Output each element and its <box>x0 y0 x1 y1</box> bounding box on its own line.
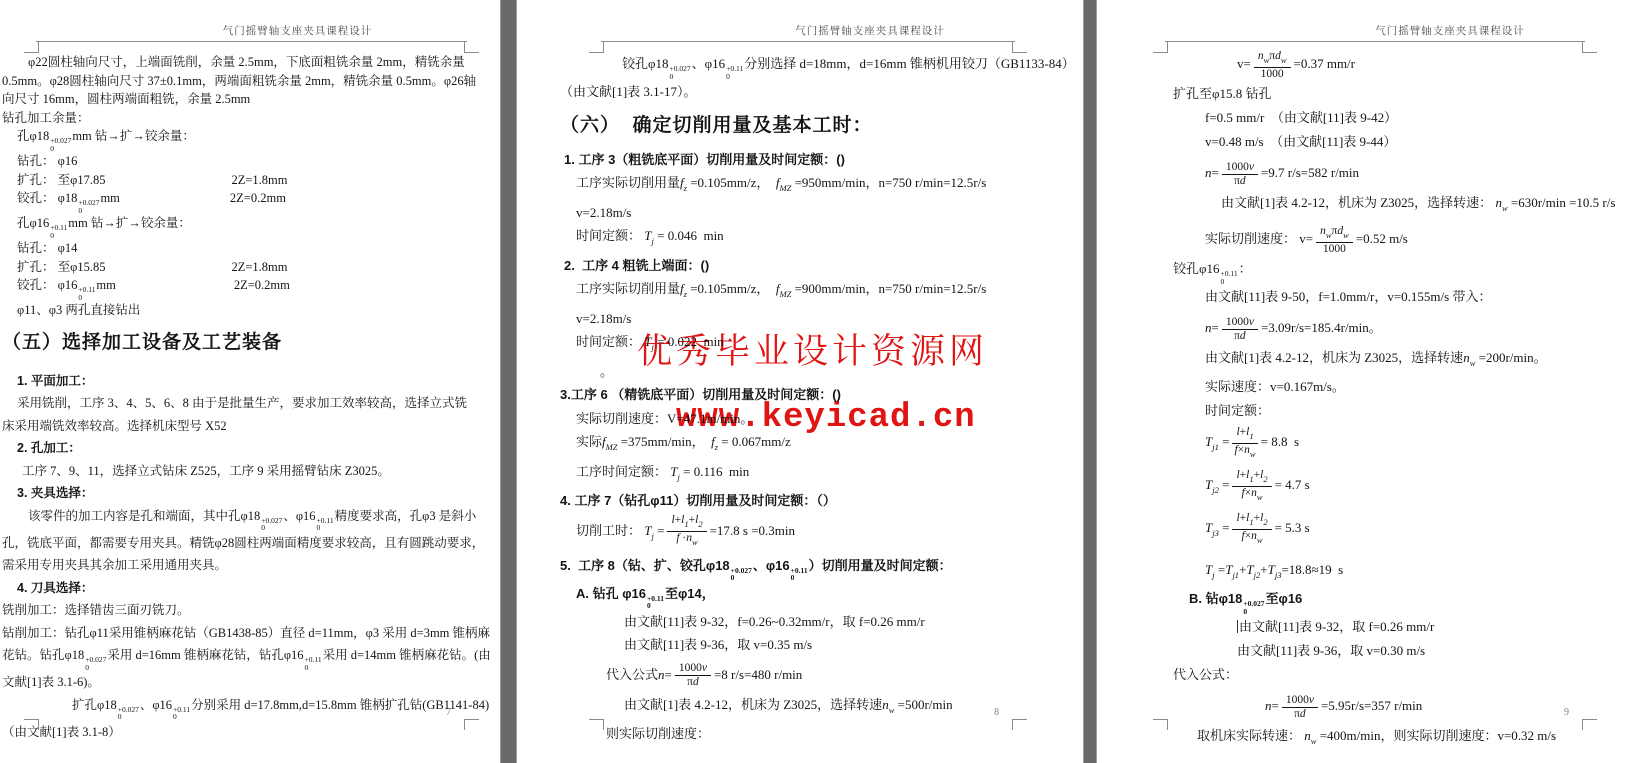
text-line: 5. 工序 8（钻、扩、铰孔φ18+0.0270、φ16+0.110）切削用量及… <box>560 554 1049 582</box>
crop-mark-top-left-icon <box>1153 42 1168 53</box>
header-rule <box>601 41 1015 42</box>
text-line: 工序实际切削用量fz =0.105mm/z， fMZ =950mm/min，n=… <box>560 171 1049 201</box>
text-line: 切削工时： Tj =l+l1+l2f ·nw=17.8 s =0.3min <box>560 513 1049 554</box>
text-line: 需采用专用夹具其余加工采用通用夹具。 <box>2 554 462 577</box>
watermark-line-1: 优秀毕业设计资源网 <box>637 324 988 374</box>
text-line: 工序 7、9、11，选择立式钻床 Z525，工序 9 采用摇臂钻床 Z3025。 <box>2 460 462 483</box>
section-heading: （五）选择加工设备及工艺装备 <box>2 328 462 358</box>
text-line: 采用铣削，工序 3、4、5、6、8 由于是批量生产，要求加工效率较高，选择立式铣 <box>2 392 462 415</box>
text-line: φ11、φ3 两孔直接钻出 <box>2 301 462 320</box>
text-line: 铰孔φ16+0.110： <box>1173 257 1628 285</box>
text-line: 2. 孔加工： <box>2 437 462 460</box>
crop-mark-bottom-right-icon <box>464 719 479 730</box>
text-line: 由文献[11]表 9-36，取 v=0.35 m/s <box>560 633 1049 657</box>
text-line: 工序时间定额： Tj = 0.116 min <box>560 460 1049 490</box>
text-line: 时间定额： Tj = 0.046 min <box>560 224 1049 254</box>
text-line: 由文献[11]表 9-32，取 f=0.26 mm/r <box>1173 615 1628 639</box>
page-2: 气门摇臂轴支座夹具课程设计 8 铰孔φ18+0.0270、φ16+0.110分别… <box>517 0 1083 763</box>
text-line: 3. 夹具选择： <box>2 482 462 505</box>
text-line: 代入公式： <box>1173 663 1628 687</box>
text-line: Tj =Tj1+Tj2+Tj3=18.8≈19 s <box>1173 558 1628 587</box>
text-line: n=1000vπd=9.7 r/s=582 r/min <box>1173 154 1628 191</box>
text-line: 工序实际切削用量fz =0.105mm/z， fMZ =900mm/min，n=… <box>560 277 1049 307</box>
text-line: 由文献[11]表 9-50，f=1.0mm/r，v=0.155m/s 带入： <box>1173 285 1628 309</box>
text-line: 4. 刀具选择： <box>2 577 462 600</box>
text-line: 文献[1]表 3.1-6)。 <box>2 671 462 694</box>
document-viewer: 气门摇臂轴支座夹具课程设计 7 φ22圆柱轴向尺寸，上端面铣削，余量 2.5mm… <box>0 0 1628 763</box>
text-line: 该零件的加工内容是孔和端面，其中孔φ18+0.0270、φ16+0.110精度要… <box>2 505 462 532</box>
text-cursor <box>1237 620 1238 633</box>
text-line: 1. 工序 3（粗铣底平面）切削用量及时间定额：() <box>560 148 1049 172</box>
page-header-title: 气门摇臂轴支座夹具课程设计 <box>25 23 570 38</box>
text-line: 时间定额： <box>1173 399 1628 423</box>
text-line: 床采用端铣效率较高。选择机床型号 X52 <box>2 415 462 438</box>
text-line: 钻削加工：钻孔φ11采用锥柄麻花钻（GB1438-85）直径 d=11mm，φ3… <box>2 622 462 645</box>
text-line: 铰孔： φ18+0.0270mm2Z=0.2mm <box>2 189 462 214</box>
text-line: v=nwπdw1000=0.37 mm/r <box>1173 45 1628 82</box>
text-line: v=0.48 m/s （由文献[11]表 9-44） <box>1173 130 1628 154</box>
text-line: 扩孔至φ15.8 钻孔 <box>1173 82 1628 106</box>
text-line: 则实际切削速度： <box>560 722 1049 746</box>
crop-mark-top-right-icon <box>464 42 479 53</box>
text-line: 孔，铣底平面，都需要专用夹具。精铣φ28圆柱两端面精度要求较高，且有圆跳动要求， <box>2 532 462 555</box>
text-line: 由文献[11]表 9-36，取 v=0.30 m/s <box>1173 639 1628 663</box>
header-rule <box>1165 41 1585 42</box>
text-line: 0.5mm。φ28圆柱轴向尺寸 37±0.1mm，两端面粗铣余量 2mm，精铣余… <box>2 72 462 91</box>
text-line: Tj3 =l+l1+l2f×nw= 5.3 s <box>1173 509 1628 552</box>
text-line: 铰孔φ18+0.0270、φ16+0.110分别选择 d=18mm，d=16mm… <box>560 52 1049 80</box>
text-line: n=1000vπd=3.09r/s=185.4r/min。 <box>1173 309 1628 346</box>
text-line: 由文献[11]表 9-32，f=0.26~0.32mm/r，取 f=0.26 m… <box>560 610 1049 634</box>
text-line: v=2.18m/s <box>560 201 1049 225</box>
header-rule <box>36 41 467 42</box>
text-line: φ22圆柱轴向尺寸，上端面铣削，余量 2.5mm，下底面粗铣余量 2mm，精铣余… <box>2 53 462 72</box>
text-line: 铰孔： φ16+0.110mm2Z=0.2mm <box>2 276 462 301</box>
text-line: 取机床实际转速： nw =400m/min，则实际切削速度：v=0.32 m/s <box>1173 724 1628 753</box>
text-line: 2. 工序 4 粗铣上端面：() <box>560 254 1049 278</box>
page-content: v=nwπdw1000=0.37 mm/r扩孔至φ15.8 钻孔f=0.5 mm… <box>1173 45 1628 753</box>
text-line: 1. 平面加工： <box>2 370 462 393</box>
page-content: φ22圆柱轴向尺寸，上端面铣削，余量 2.5mm，下底面粗铣余量 2mm，精铣余… <box>2 53 462 743</box>
text-line: 代入公式n=1000vπd=8 r/s=480 r/min <box>560 657 1049 693</box>
watermark-line-2: www.keyicad.cn <box>676 399 976 437</box>
text-line: 孔φ18+0.0270mm 钻→扩→铰余量： <box>2 127 462 152</box>
text-line: Tj2 =l+l1+l2f×nw= 4.7 s <box>1173 466 1628 509</box>
text-line: 扩孔： 至φ15.852Z=1.8mm <box>2 258 462 277</box>
page-3: 气门摇臂轴支座夹具课程设计 9 v=nwπdw1000=0.37 mm/r扩孔至… <box>1097 0 1628 763</box>
page-header-title: 气门摇臂轴支座夹具课程设计 <box>587 23 1153 38</box>
text-line: （由文献[1]表 3.1-17）。 <box>560 80 1049 104</box>
text-line: 钻孔加工余量： <box>2 109 462 128</box>
section-heading: （六） 确定切削用量及基本工时： <box>560 110 1049 142</box>
text-line: B. 钻φ18+0.0270至φ16 <box>1173 587 1628 615</box>
text-line: f=0.5 mm/r （由文献[11]表 9-42） <box>1173 106 1628 130</box>
text-line: A. 钻孔 φ16+0.110至φ14， <box>560 582 1049 610</box>
text-line: 向尺寸 16mm，圆柱两端面粗铣，余量 2.5mm <box>2 90 462 109</box>
text-line: 钻孔： φ16 <box>2 152 462 171</box>
page-1: 气门摇臂轴支座夹具课程设计 7 φ22圆柱轴向尺寸，上端面铣削，余量 2.5mm… <box>0 0 500 763</box>
text-line: 扩孔φ18+0.0270、φ16+0.110分别采用 d=17.8mm,d=15… <box>2 694 462 721</box>
text-line: n=1000vπd=5.95r/s=357 r/min <box>1173 687 1628 724</box>
text-line: 花钻。钻孔φ18+0.0270采用 d=16mm 锥柄麻花钻，钻孔φ16+0.1… <box>2 644 462 671</box>
text-line: Tj1 =l+l1f×nw= 8.8 s <box>1173 423 1628 466</box>
text-line: 孔φ16+0.110mm 钻→扩→铰余量： <box>2 214 462 239</box>
text-line: 由文献[1]表 4.2-12，机床为 Z3025，选择转速nw =200r/mi… <box>1173 346 1628 375</box>
text-line: 由文献[1]表 4.2-12，机床为 Z3025，选择转速： nw =630r/… <box>1173 191 1628 220</box>
text-line: （由文献[1]表 3.1-8） <box>2 721 462 744</box>
crop-mark-top-left-icon <box>24 42 39 53</box>
text-line: 铣削加工：选择错齿三面刃铣刀。 <box>2 599 462 622</box>
crop-mark-bottom-left-icon <box>1153 719 1168 730</box>
text-line: 实际切削速度： v=nwπdw1000=0.52 m/s <box>1173 220 1628 257</box>
page-header-title: 气门摇臂轴支座夹具课程设计 <box>1167 23 1628 38</box>
text-line: 由文献[1]表 4.2-12，机床为 Z3025，选择转速nw =500r/mi… <box>560 693 1049 723</box>
text-line: 实际速度：v=0.167m/s。 <box>1173 375 1628 399</box>
text-line: 4. 工序 7（钻孔φ11）切削用量及时间定额：（） <box>560 489 1049 513</box>
text-line: 钻孔： φ14 <box>2 239 462 258</box>
text-line: 扩孔： 至φ17.852Z=1.8mm <box>2 171 462 190</box>
